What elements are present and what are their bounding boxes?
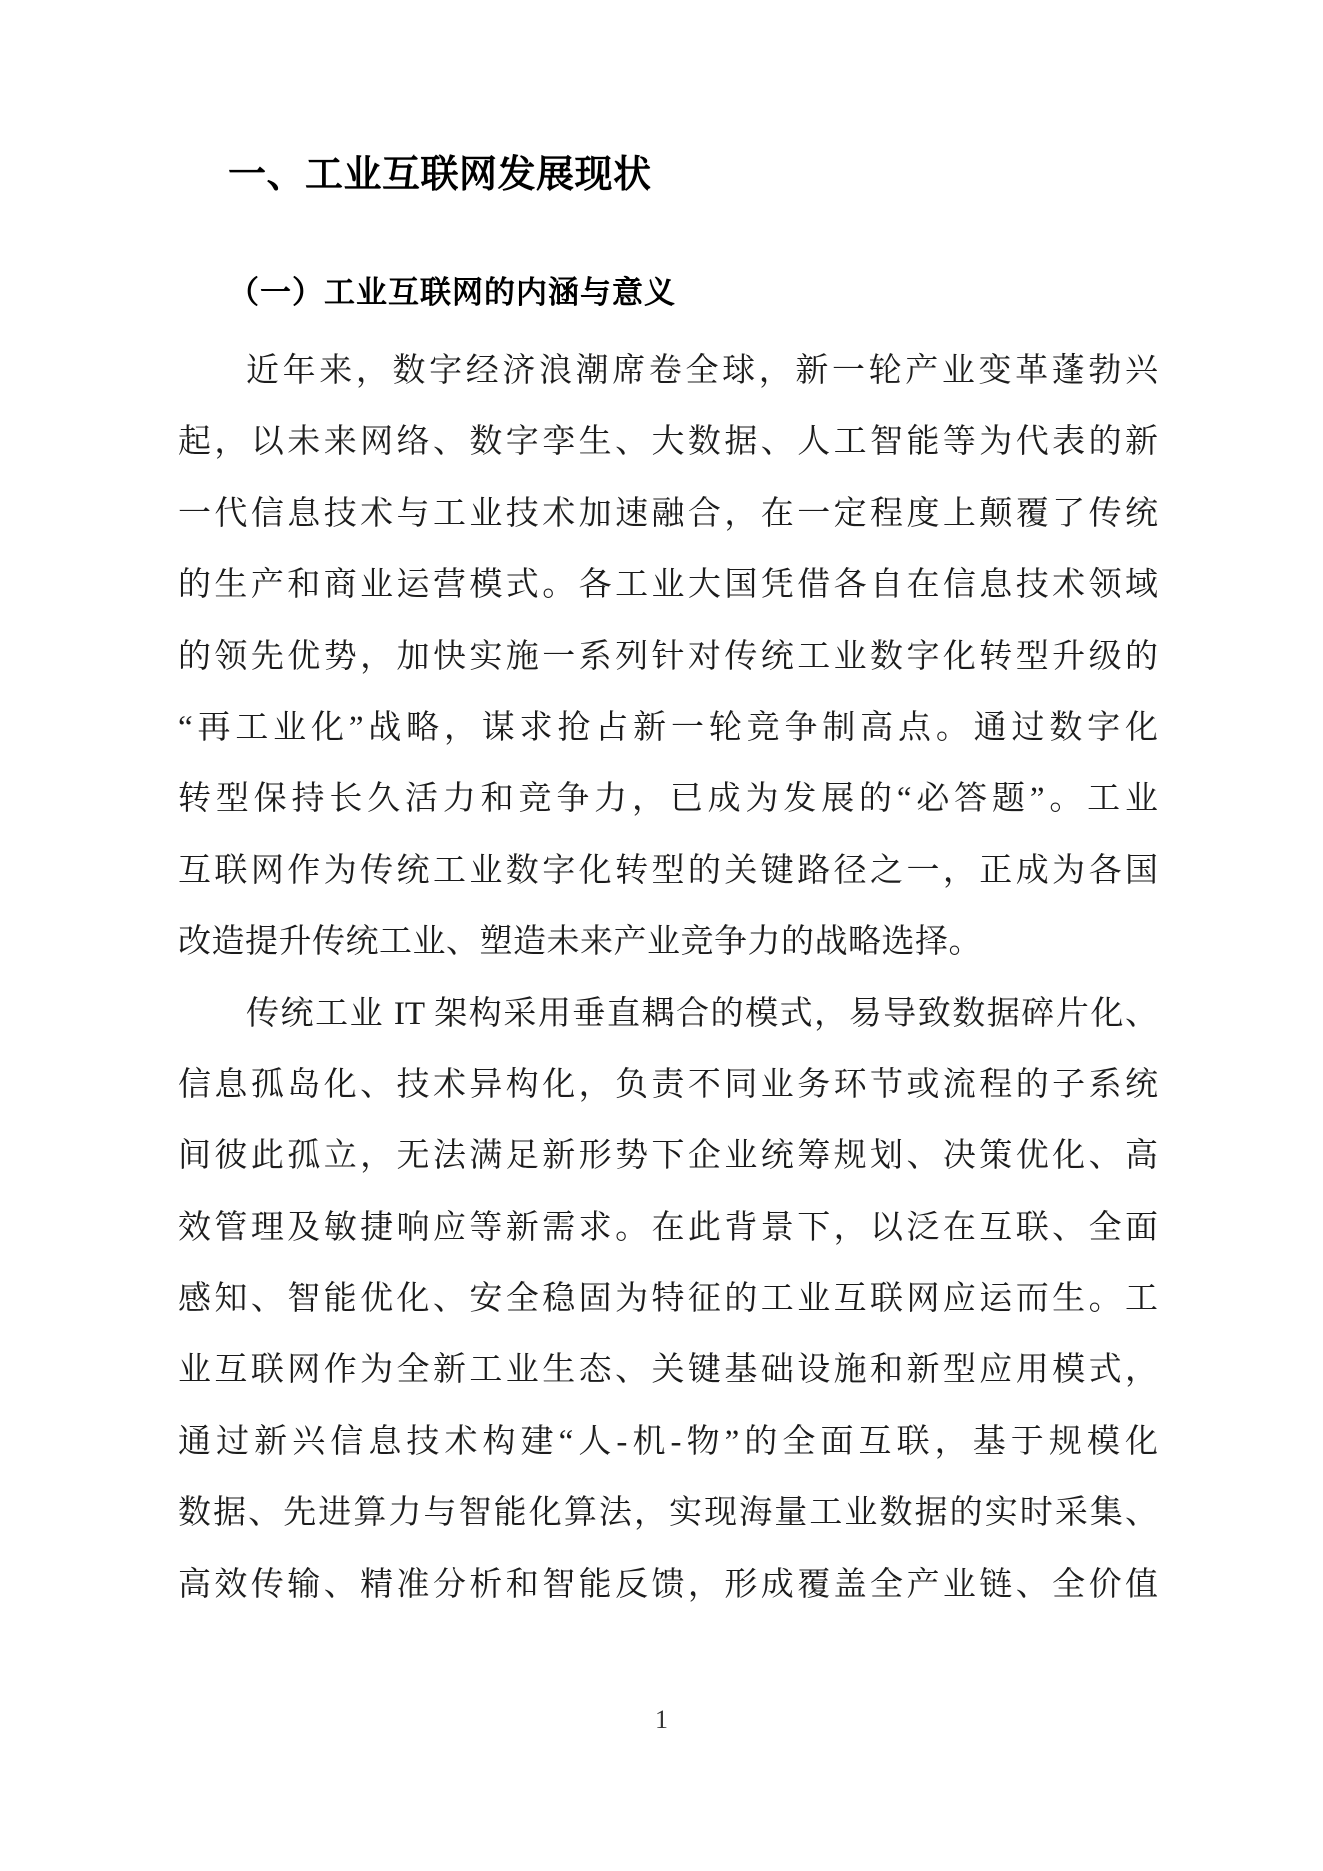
text-line: “再工业化”战略，谋求抢占新一轮竞争制高点。通过数字化 [178,693,1158,764]
section-heading: 一、工业互联网发展现状 [228,150,652,200]
text-line: 互联网作为传统工业数字化转型的关键路径之一，正成为各国 [178,836,1158,907]
text-line: 近年来，数字经济浪潮席卷全球，新一轮产业变革蓬勃兴 [178,336,1158,407]
text-line: 通过新兴信息技术构建“人-机-物”的全面互联，基于规模化 [178,1407,1158,1478]
text-line: 的生产和商业运营模式。各工业大国凭借各自在信息技术领域 [178,550,1158,621]
subsection-heading: （一）工业互联网的内涵与意义 [228,272,676,314]
paragraph-2: 传统工业 IT 架构采用垂直耦合的模式，易导致数据碎片化、 信息孤岛化、技术异构… [178,979,1158,1622]
paragraph-1: 近年来，数字经济浪潮席卷全球，新一轮产业变革蓬勃兴 起，以未来网络、数字孪生、大… [178,336,1158,979]
text-line: 改造提升传统工业、塑造未来产业竞争力的战略选择。 [178,907,1158,978]
text-line: 间彼此孤立，无法满足新形势下企业统筹规划、决策优化、高 [178,1121,1158,1192]
page-number: 1 [0,1702,1323,1738]
text-line: 起，以未来网络、数字孪生、大数据、人工智能等为代表的新 [178,407,1158,478]
text-line: 的领先优势，加快实施一系列针对传统工业数字化转型升级的 [178,622,1158,693]
document-page: 一、工业互联网发展现状 （一）工业互联网的内涵与意义 近年来，数字经济浪潮席卷全… [0,0,1323,1871]
text-line: 业互联网作为全新工业生态、关键基础设施和新型应用模式， [178,1335,1158,1406]
text-line: 效管理及敏捷响应等新需求。在此背景下，以泛在互联、全面 [178,1193,1158,1264]
text-line: 转型保持长久活力和竞争力，已成为发展的“必答题”。工业 [178,764,1158,835]
text-line: 数据、先进算力与智能化算法，实现海量工业数据的实时采集、 [178,1478,1158,1549]
text-line: 一代信息技术与工业技术加速融合，在一定程度上颠覆了传统 [178,479,1158,550]
text-line: 传统工业 IT 架构采用垂直耦合的模式，易导致数据碎片化、 [178,979,1158,1050]
text-line: 高效传输、精准分析和智能反馈，形成覆盖全产业链、全价值 [178,1550,1158,1621]
body-text: 近年来，数字经济浪潮席卷全球，新一轮产业变革蓬勃兴 起，以未来网络、数字孪生、大… [178,336,1158,1621]
text-line: 感知、智能优化、安全稳固为特征的工业互联网应运而生。工 [178,1264,1158,1335]
text-line: 信息孤岛化、技术异构化，负责不同业务环节或流程的子系统 [178,1050,1158,1121]
